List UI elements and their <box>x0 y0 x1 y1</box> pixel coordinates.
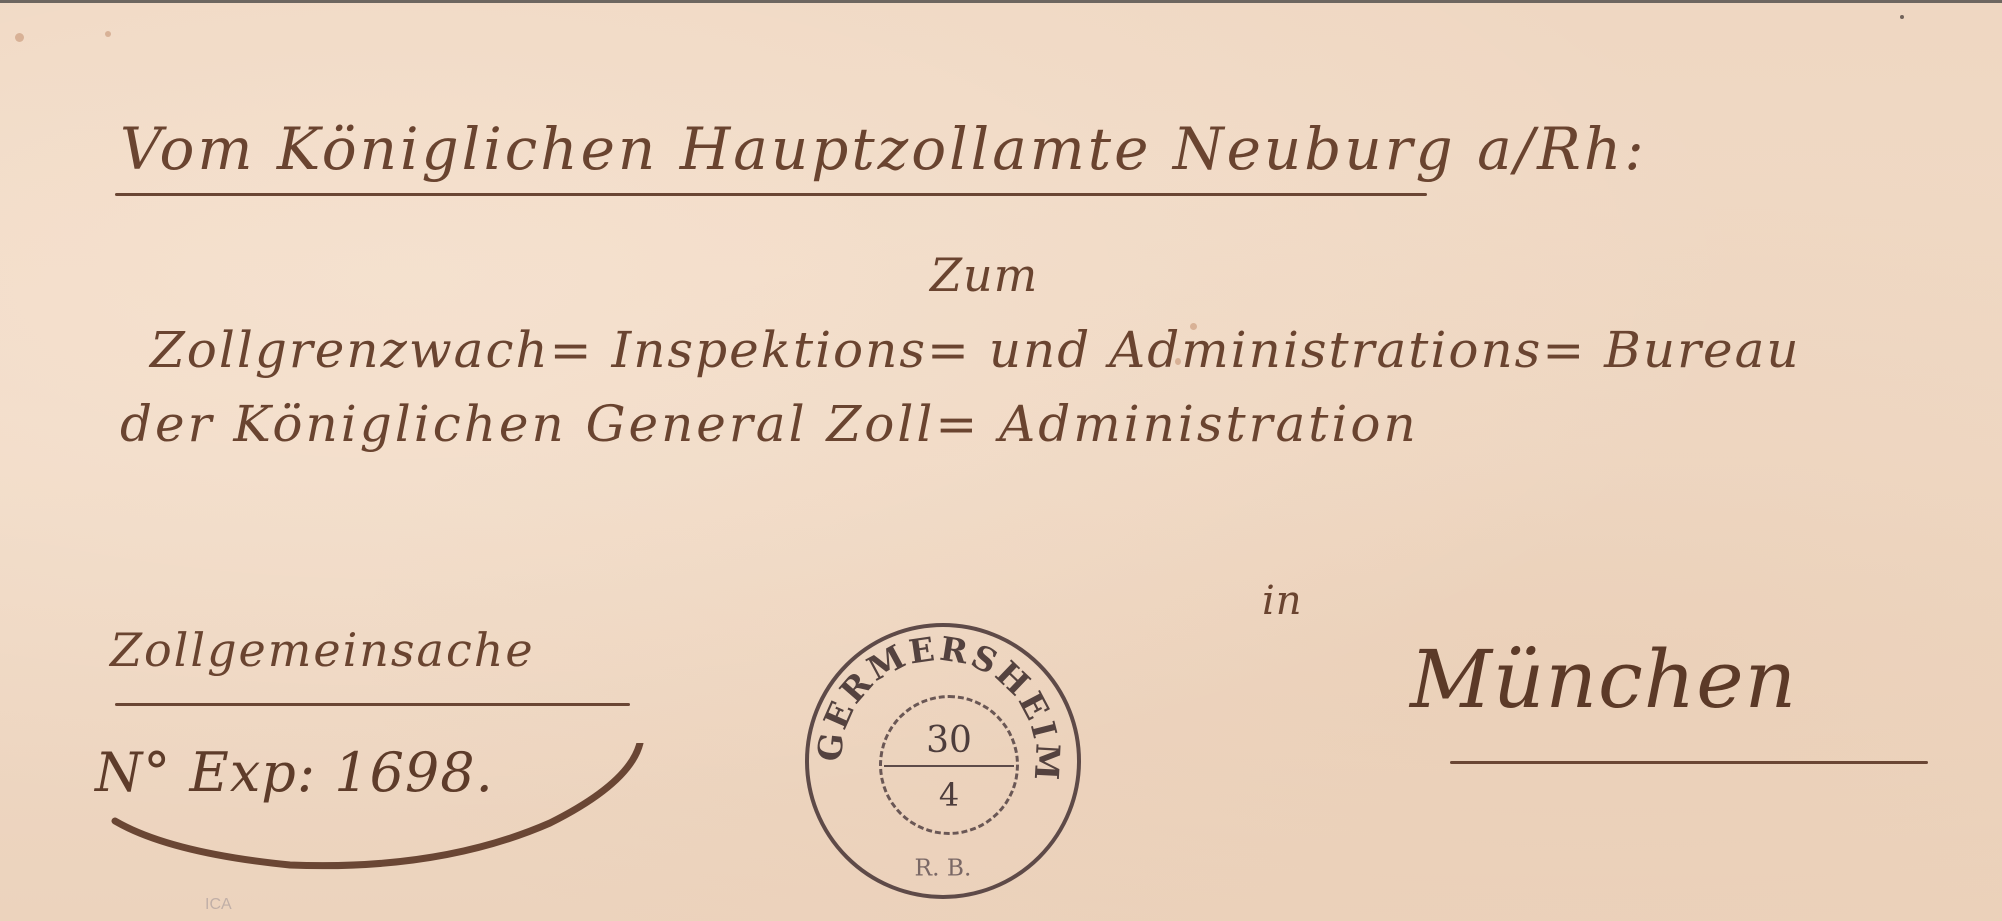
flourish-swoosh <box>110 743 650 883</box>
postmark-day: 30 <box>882 720 1016 761</box>
sender-underline <box>115 193 1427 196</box>
postmark-date-circle: 30 4 <box>879 695 1019 835</box>
sender-line: Vom Königlichen Hauptzollamte Neuburg a/… <box>120 115 1647 183</box>
address-city: München <box>1410 633 1797 726</box>
postmark-month: 4 <box>882 776 1016 814</box>
postmark-divider <box>884 765 1014 767</box>
address-in: in <box>1262 578 1303 624</box>
address-line-1: Zollgrenzwach= Inspektions= und Administ… <box>150 321 1801 379</box>
foxing-spot <box>15 33 24 42</box>
pencil-note: ICA <box>205 896 232 914</box>
reference-subject: Zollgemeinsache <box>110 623 535 677</box>
letter-paper: Vom Königlichen Hauptzollamte Neuburg a/… <box>0 0 2002 921</box>
subject-underline <box>115 703 630 706</box>
address-line-2: der Königlichen General Zoll= Administra… <box>120 395 1419 453</box>
postmark: GERMERSHEIM R. B. 30 4 <box>805 623 1081 899</box>
foxing-spot <box>1900 15 1904 19</box>
address-preposition: Zum <box>930 248 1038 302</box>
svg-text:R. B.: R. B. <box>915 855 972 882</box>
foxing-spot <box>105 31 111 37</box>
city-underline <box>1450 761 1928 764</box>
